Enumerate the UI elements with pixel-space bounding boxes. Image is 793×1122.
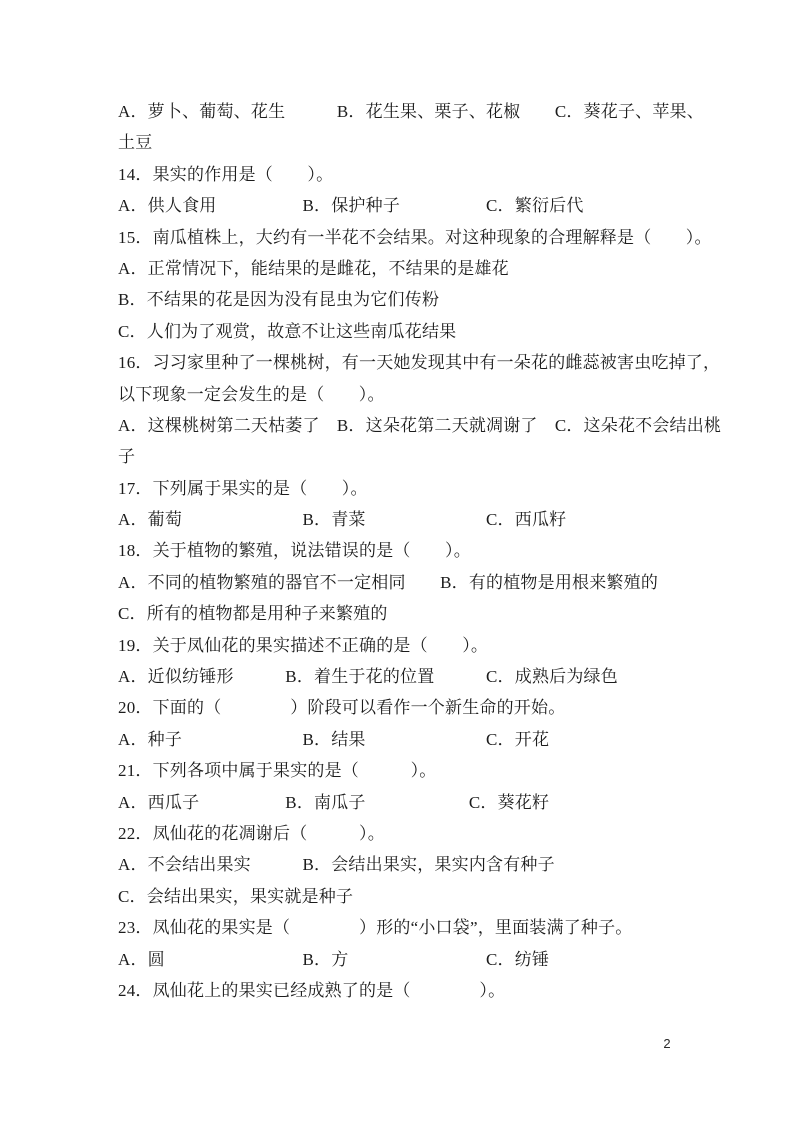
document-page: A．萝卜、葡萄、花生 B．花生果、栗子、花椒 C．葵花子、苹果、 土豆 14．果…	[0, 0, 793, 1122]
q21-options-row: A．西瓜子 B．南瓜子 C．葵花籽	[118, 787, 698, 818]
q13-options-wrap: 土豆	[118, 127, 698, 158]
q17-stem: 17．下列属于果实的是（ ）。	[118, 473, 698, 504]
q18-options-row-ab: A．不同的植物繁殖的器官不一定相同 B．有的植物是用根来繁殖的	[118, 567, 698, 598]
q24-stem: 24．凤仙花上的果实已经成熟了的是（ ）。	[118, 975, 698, 1006]
q22-options-row-ab: A．不会结出果实 B．会结出果实，果实内含有种子	[118, 849, 698, 880]
q21-stem: 21．下列各项中属于果实的是（ ）。	[118, 755, 698, 786]
q16-options-row: A．这棵桃树第二天枯萎了 B．这朵花第二天就凋谢了 C．这朵花不会结出桃	[118, 410, 698, 441]
q16-options-wrap: 子	[118, 441, 698, 472]
q18-option-c: C．所有的植物都是用种子来繁殖的	[118, 598, 698, 629]
q17-options-row: A．葡萄 B．青菜 C．西瓜籽	[118, 504, 698, 535]
q15-option-b: B．不结果的花是因为没有昆虫为它们传粉	[118, 284, 698, 315]
q16-stem: 16．习习家里种了一棵桃树，有一天她发现其中有一朵花的雌蕊被害虫吃掉了，	[118, 347, 698, 378]
q14-stem: 14．果实的作用是（ ）。	[118, 159, 698, 190]
q15-option-a: A．正常情况下，能结果的是雌花，不结果的是雄花	[118, 253, 698, 284]
q23-options-row: A．圆 B．方 C．纺锤	[118, 944, 698, 975]
q19-stem: 19．关于凤仙花的果实描述不正确的是（ ）。	[118, 630, 698, 661]
page-number: 2	[655, 1036, 679, 1051]
question-text-block: A．萝卜、葡萄、花生 B．花生果、栗子、花椒 C．葵花子、苹果、 土豆 14．果…	[118, 96, 698, 1006]
q14-options-row: A．供人食用 B．保护种子 C．繁衍后代	[118, 190, 698, 221]
q22-stem: 22．凤仙花的花凋谢后（ ）。	[118, 818, 698, 849]
q23-stem: 23．凤仙花的果实是（ ）形的“小口袋”，里面装满了种子。	[118, 912, 698, 943]
q20-stem: 20．下面的（ ）阶段可以看作一个新生命的开始。	[118, 692, 698, 723]
q15-stem: 15．南瓜植株上，大约有一半花不会结果。对这种现象的合理解释是（ ）。	[118, 222, 698, 253]
q22-option-c: C．会结出果实，果实就是种子	[118, 881, 698, 912]
q19-options-row: A．近似纺锤形 B．着生于花的位置 C．成熟后为绿色	[118, 661, 698, 692]
q13-options-row: A．萝卜、葡萄、花生 B．花生果、栗子、花椒 C．葵花子、苹果、	[118, 96, 698, 127]
q20-options-row: A．种子 B．结果 C．开花	[118, 724, 698, 755]
q15-option-c: C．人们为了观赏，故意不让这些南瓜花结果	[118, 316, 698, 347]
q16-stem-wrap: 以下现象一定会发生的是（ ）。	[118, 379, 698, 410]
q18-stem: 18．关于植物的繁殖，说法错误的是（ ）。	[118, 535, 698, 566]
